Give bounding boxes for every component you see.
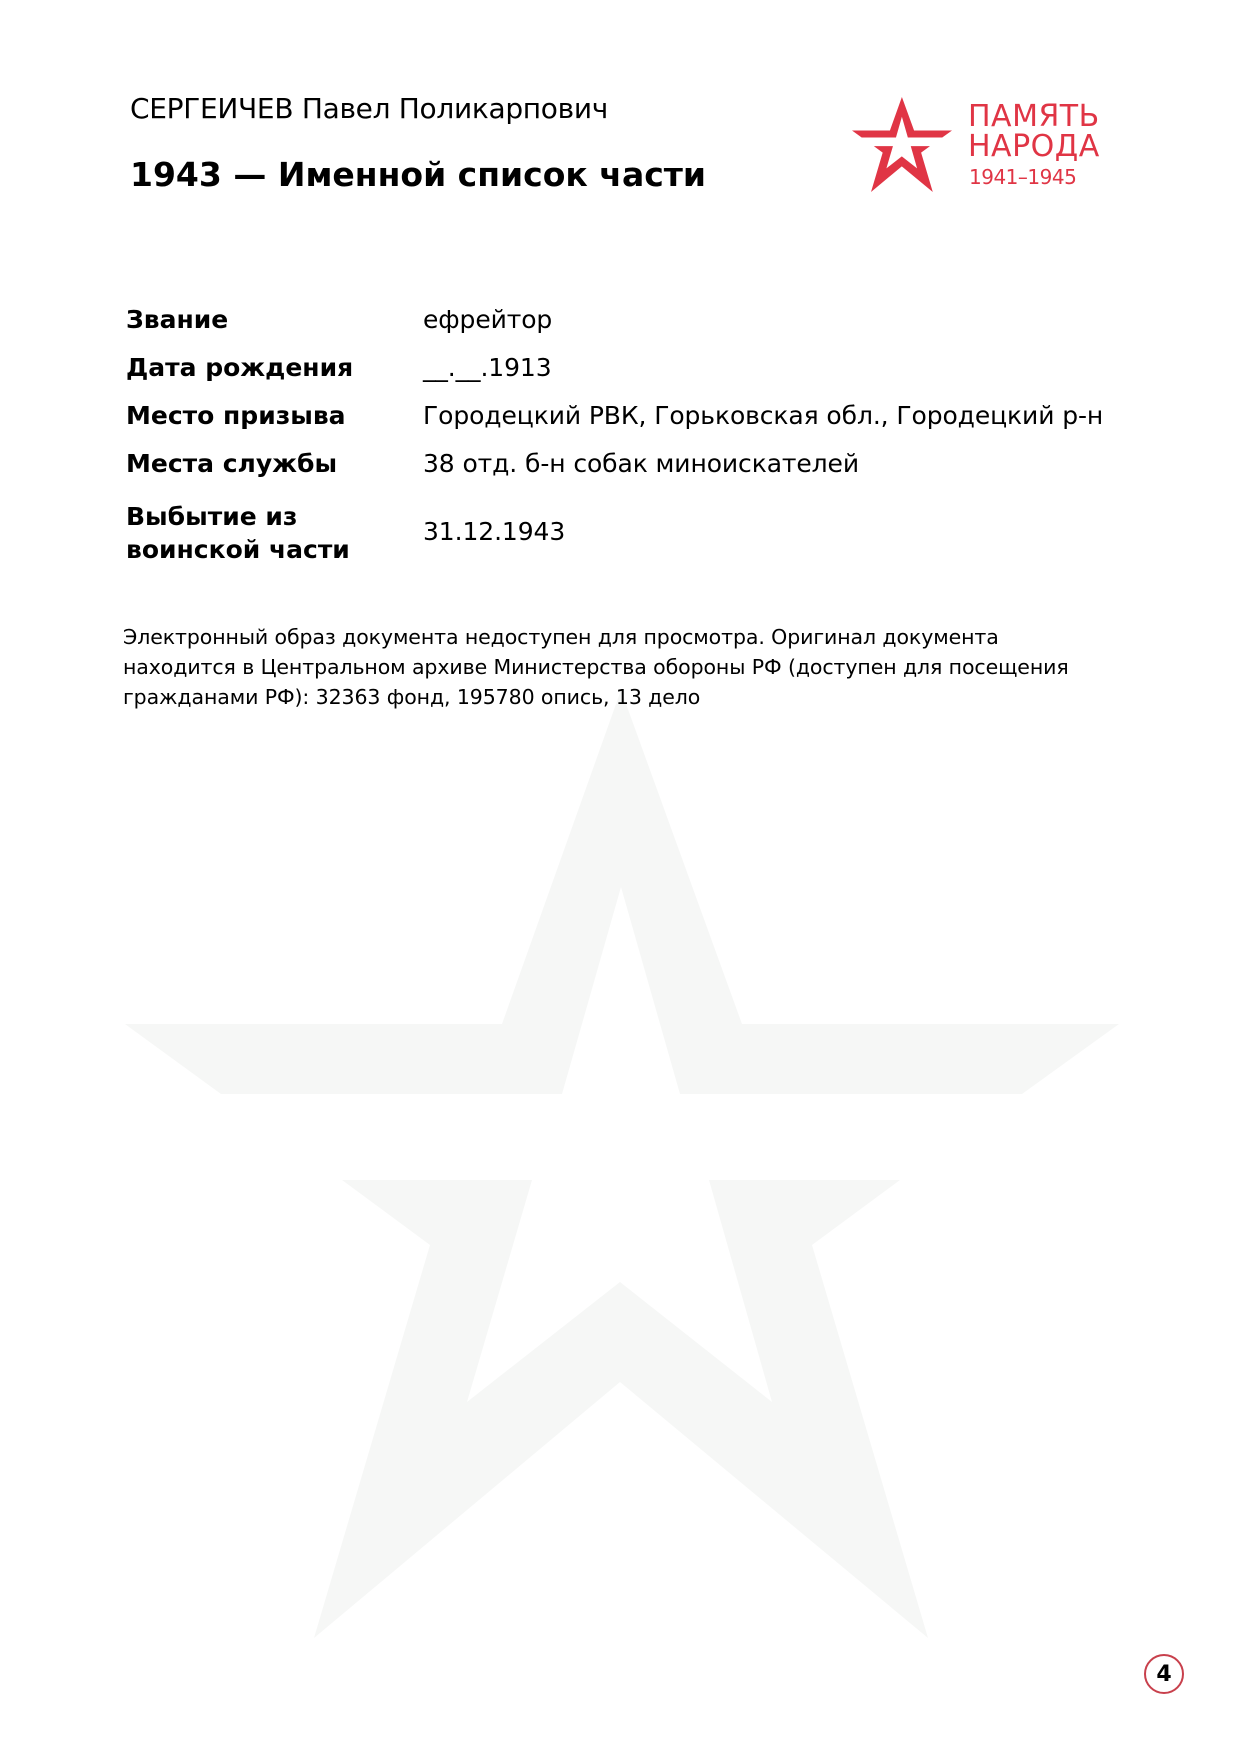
field-label: Место призыва: [126, 400, 346, 432]
field-label: Выбытие из воинской части: [126, 500, 350, 566]
archive-note-line: гражданами РФ): 32363 фонд, 195780 опись…: [123, 682, 1113, 712]
archive-note-line: находится в Центральном архиве Министерс…: [123, 652, 1113, 682]
field-value: 31.12.1943: [423, 516, 565, 548]
logo-text-line2: НАРОДА: [968, 132, 1100, 162]
field-value: Городецкий РВК, Горьковская обл., Городе…: [423, 400, 1103, 432]
field-label: Дата рождения: [126, 352, 353, 384]
archive-note-line: Электронный образ документа недоступен д…: [123, 622, 1113, 652]
document-title: 1943 — Именной список части: [130, 155, 706, 194]
field-label: Звание: [126, 304, 228, 336]
star-watermark-icon: [0, 0, 1241, 1754]
pamyat-naroda-logo: ПАМЯТЬ НАРОДА 1941–1945: [845, 92, 1115, 202]
field-value: ефрейтор: [423, 304, 552, 336]
field-label: Места службы: [126, 448, 337, 480]
field-label-line1: Выбытие из: [126, 500, 350, 533]
person-name: СЕРГЕИЧЕВ Павел Поликарпович: [130, 92, 608, 125]
logo-text-line1: ПАМЯТЬ: [968, 102, 1100, 132]
archive-note: Электронный образ документа недоступен д…: [123, 622, 1113, 712]
field-label-line2: воинской части: [126, 533, 350, 566]
field-value: __.__.1913: [423, 352, 552, 384]
red-star-icon: [852, 97, 952, 192]
field-value: 38 отд. б-н собак миноискателей: [423, 448, 859, 480]
page-number: 4: [1144, 1654, 1184, 1694]
logo-years: 1941–1945: [969, 166, 1076, 188]
